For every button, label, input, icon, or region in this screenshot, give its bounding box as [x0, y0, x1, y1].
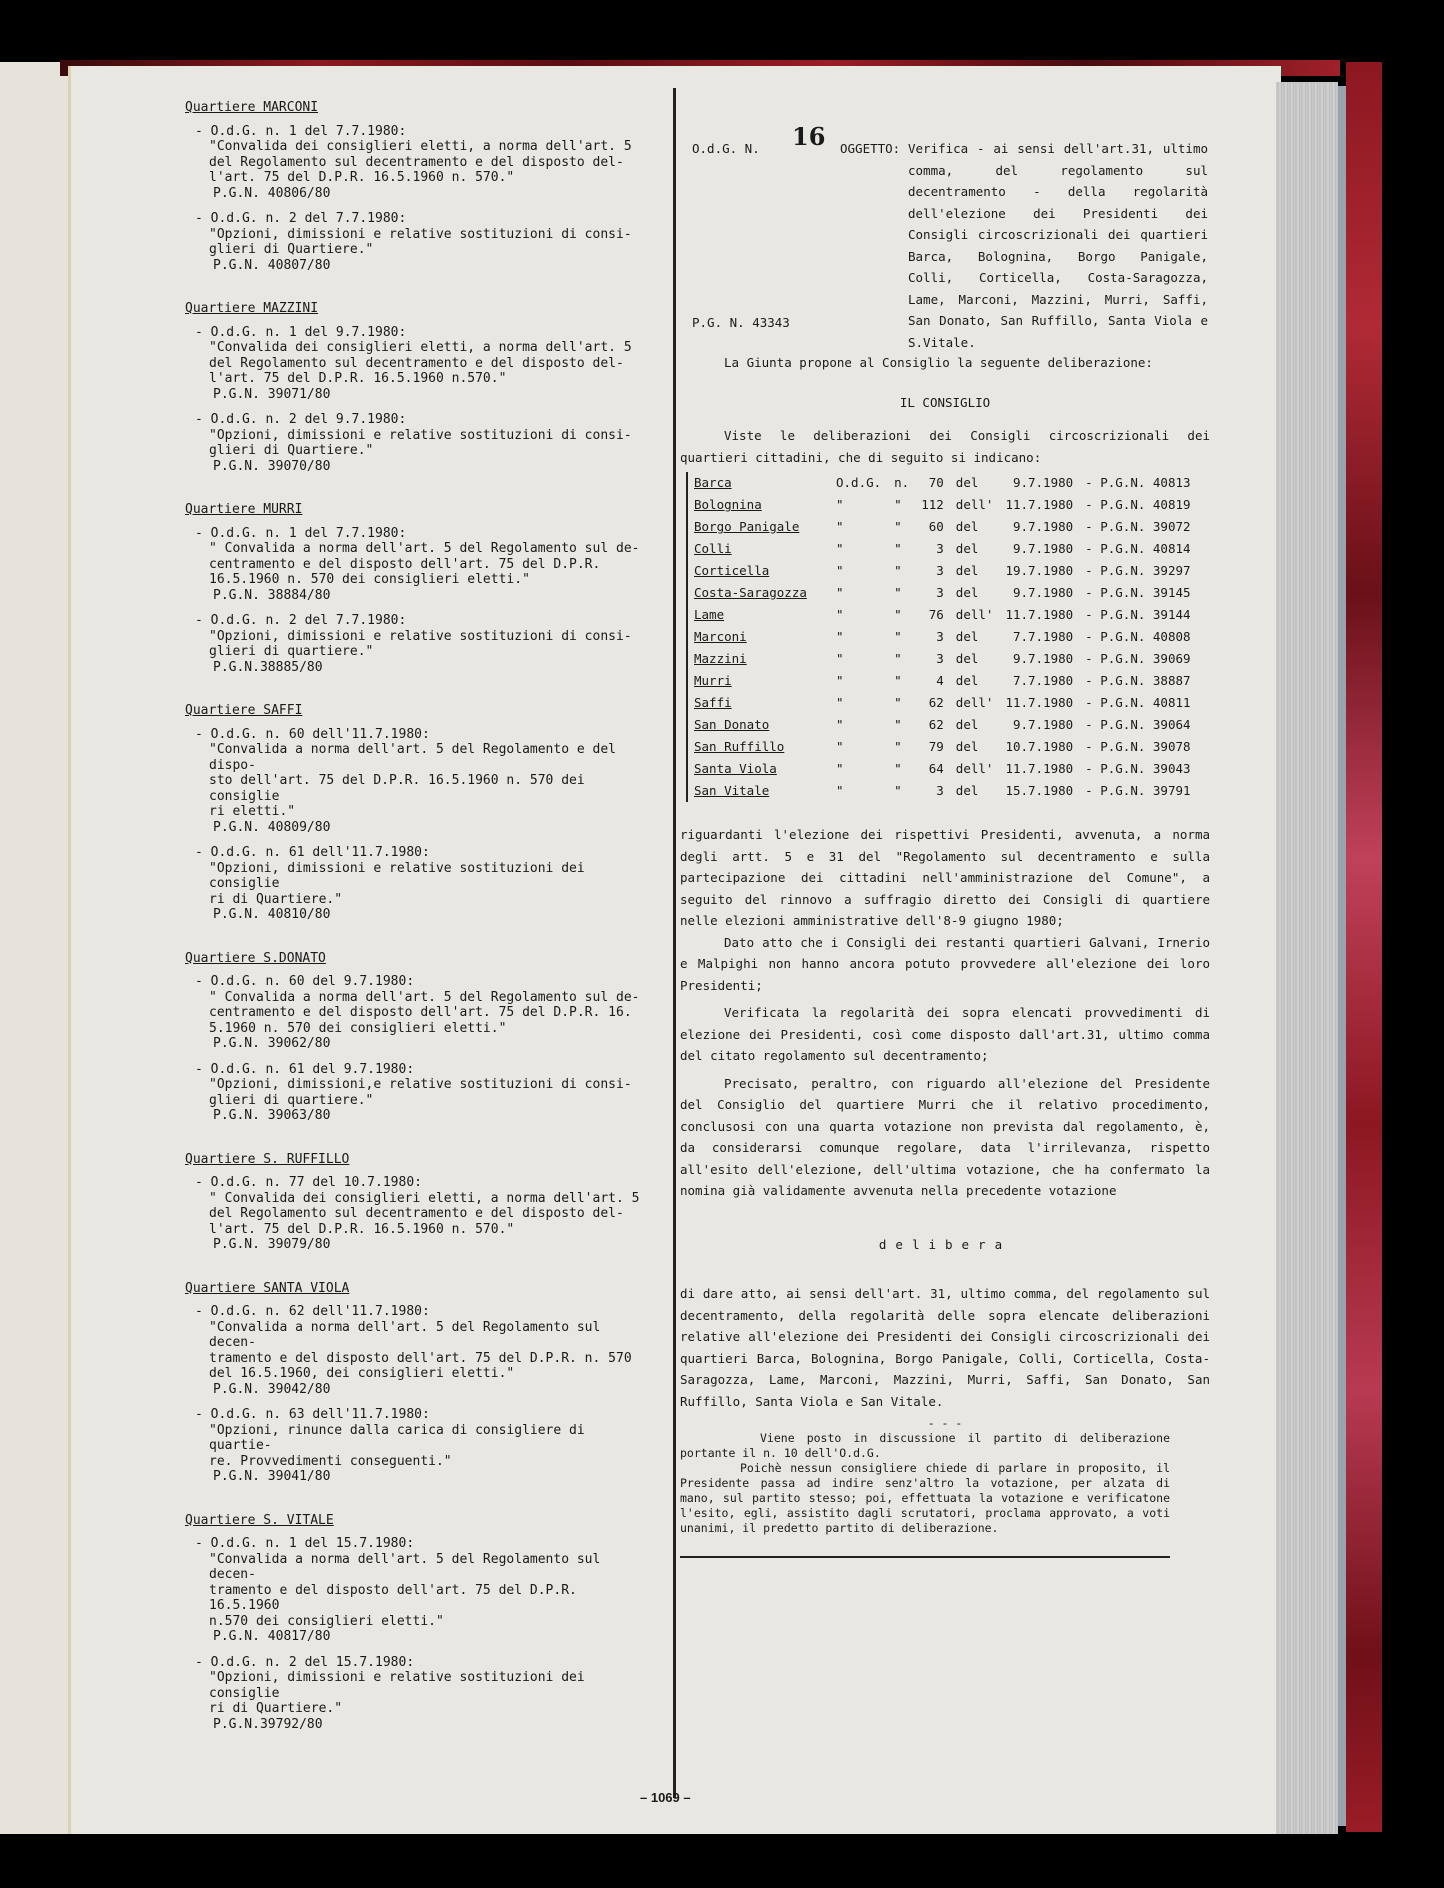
- odg-item: - O.d.G. n. 2 del 7.7.1980:"Opzioni, dim…: [195, 211, 655, 273]
- odg-pgn: P.G.N. 39041/80: [213, 1469, 655, 1485]
- cell-odg: O.d.G.: [830, 472, 888, 494]
- odg-body: "Opzioni, dimissioni e relative sostituz…: [209, 428, 655, 459]
- cell-odg: ": [830, 736, 888, 758]
- cell-n: ": [888, 670, 915, 692]
- separator: - - -: [680, 1416, 1210, 1431]
- cell-name: San Ruffillo: [687, 736, 830, 758]
- cell-n: ": [888, 692, 915, 714]
- cell-del: dell': [950, 758, 1000, 780]
- cell-name: Marconi: [687, 626, 830, 648]
- cell-num: 3: [915, 582, 950, 604]
- cell-date: 11.7.1980: [999, 692, 1079, 714]
- odg-pgn: P.G.N. 38884/80: [213, 588, 655, 604]
- odg-pgn: P.G.N.39792/80: [213, 1717, 655, 1733]
- odg-item: - O.d.G. n. 1 del 9.7.1980:"Convalida de…: [195, 325, 655, 403]
- cell-pgn: - P.G.N. 39145: [1079, 582, 1196, 604]
- odg-item: - O.d.G. n. 2 del 9.7.1980:"Opzioni, dim…: [195, 412, 655, 474]
- quartiere-section: Quartiere MAZZINI- O.d.G. n. 1 del 9.7.1…: [185, 301, 655, 474]
- odg-head: - O.d.G. n. 1 del 7.7.1980:: [195, 124, 655, 140]
- cell-pgn: - P.G.N. 39069: [1079, 648, 1196, 670]
- odg-head: - O.d.G. n. 62 dell'11.7.1980:: [195, 1304, 655, 1320]
- poiche-paragraph: Poichè nessun consigliere chiede di parl…: [680, 1461, 1170, 1536]
- cell-pgn: - P.G.N. 39072: [1079, 516, 1196, 538]
- quartiere-section: Quartiere S.DONATO- O.d.G. n. 60 del 9.7…: [185, 951, 655, 1124]
- odg-pgn: P.G.N. 39079/80: [213, 1237, 655, 1253]
- odg-pgn: P.G.N. 39063/80: [213, 1108, 655, 1124]
- quartiere-section: Quartiere S. VITALE- O.d.G. n. 1 del 15.…: [185, 1513, 655, 1733]
- odg-body: " Convalida a norma dell'art. 5 del Rego…: [209, 541, 655, 588]
- odg-number: 16: [792, 126, 825, 148]
- odg-label: O.d.G. N.: [692, 138, 760, 160]
- riguardanti-paragraph: riguardanti l'elezione dei rispettivi Pr…: [680, 824, 1210, 932]
- odg-item: - O.d.G. n. 1 del 7.7.1980:" Convalida a…: [195, 526, 655, 604]
- odg-head: - O.d.G. n. 1 del 7.7.1980:: [195, 526, 655, 542]
- cell-n: ": [888, 758, 915, 780]
- table-row: Mazzini""3del9.7.1980- P.G.N. 39069: [687, 648, 1197, 670]
- table-row: Bolognina""112dell'11.7.1980- P.G.N. 408…: [687, 494, 1197, 516]
- cell-date: 7.7.1980: [999, 670, 1079, 692]
- odg-head: - O.d.G. n. 60 del 9.7.1980:: [195, 974, 655, 990]
- odg-item: - O.d.G. n. 2 del 7.7.1980:"Opzioni, dim…: [195, 613, 655, 675]
- viene-posto-paragraph: Viene posto in discussione il partito di…: [680, 1431, 1170, 1461]
- cell-name: Colli: [687, 538, 830, 560]
- odg-item: - O.d.G. n. 1 del 7.7.1980:"Convalida de…: [195, 124, 655, 202]
- cell-del: del: [950, 472, 1000, 494]
- cell-date: 11.7.1980: [999, 604, 1079, 626]
- cell-n: ": [888, 714, 915, 736]
- odg-body: "Convalida a norma dell'art. 5 del Regol…: [209, 1552, 655, 1630]
- odg-item: - O.d.G. n. 61 dell'11.7.1980:"Opzioni, …: [195, 845, 655, 923]
- cell-pgn: - P.G.N. 39144: [1079, 604, 1196, 626]
- cell-pgn: - P.G.N. 40808: [1079, 626, 1196, 648]
- closing-rule: [680, 1556, 1170, 1558]
- cell-n: ": [888, 626, 915, 648]
- odg-body: "Convalida dei consiglieri eletti, a nor…: [209, 340, 655, 387]
- cell-date: 9.7.1980: [999, 472, 1079, 494]
- cell-del: del: [950, 714, 1000, 736]
- cell-odg: ": [830, 516, 888, 538]
- consiglio-title: IL CONSIGLIO: [680, 392, 1210, 414]
- cell-pgn: - P.G.N. 39297: [1079, 560, 1196, 582]
- table-row: Lame""76dell'11.7.1980- P.G.N. 39144: [687, 604, 1197, 626]
- section-title: Quartiere MURRI: [185, 502, 302, 518]
- section-title: Quartiere S. VITALE: [185, 1513, 334, 1529]
- odg-head: - O.d.G. n. 2 del 9.7.1980:: [195, 412, 655, 428]
- odg-body: "Opzioni, rinunce dalla carica di consig…: [209, 1423, 655, 1470]
- cell-n: ": [888, 516, 915, 538]
- odg-item: - O.d.G. n. 62 dell'11.7.1980:"Convalida…: [195, 1304, 655, 1397]
- cell-date: 15.7.1980: [999, 780, 1079, 802]
- cell-num: 112: [915, 494, 950, 516]
- quartiere-section: Quartiere MARCONI- O.d.G. n. 1 del 7.7.1…: [185, 100, 655, 273]
- table-row: Borgo Panigale""60del9.7.1980- P.G.N. 39…: [687, 516, 1197, 538]
- odg-pgn: P.G.N.38885/80: [213, 660, 655, 676]
- cell-num: 3: [915, 560, 950, 582]
- table-row: Saffi""62dell'11.7.1980- P.G.N. 40811: [687, 692, 1197, 714]
- cell-n: ": [888, 582, 915, 604]
- cell-pgn: - P.G.N. 39043: [1079, 758, 1196, 780]
- odg-pgn: P.G.N. 40809/80: [213, 820, 655, 836]
- odg-head: - O.d.G. n. 77 del 10.7.1980:: [195, 1175, 655, 1191]
- cell-pgn: - P.G.N. 39791: [1079, 780, 1196, 802]
- cell-date: 19.7.1980: [999, 560, 1079, 582]
- odg-pgn: P.G.N. 39062/80: [213, 1036, 655, 1052]
- cell-odg: ": [830, 626, 888, 648]
- cell-name: Corticella: [687, 560, 830, 582]
- cell-del: del: [950, 736, 1000, 758]
- book-gutter: [68, 66, 71, 1834]
- cell-odg: ": [830, 692, 888, 714]
- right-column: O.d.G. N. 16 OGGETTO: Verifica - ai sens…: [680, 130, 1210, 1558]
- cell-name: Lame: [687, 604, 830, 626]
- odg-head: - O.d.G. n. 60 dell'11.7.1980:: [195, 727, 655, 743]
- page-edge-blue: [1338, 86, 1346, 1826]
- table-row: Colli""3del9.7.1980- P.G.N. 40814: [687, 538, 1197, 560]
- previous-page-edge: [0, 62, 70, 1834]
- dato-atto-paragraph: Dato atto che i Consigli dei restanti qu…: [680, 932, 1210, 997]
- verificata-paragraph: Verificata la regolarità dei sopra elenc…: [680, 1002, 1210, 1067]
- section-title: Quartiere SANTA VIOLA: [185, 1281, 349, 1297]
- odg-pgn: P.G.N. 40817/80: [213, 1629, 655, 1645]
- cell-odg: ": [830, 560, 888, 582]
- odg-item: - O.d.G. n. 77 del 10.7.1980:" Convalida…: [195, 1175, 655, 1253]
- cell-n: ": [888, 538, 915, 560]
- deliberation-header: O.d.G. N. 16 OGGETTO: Verifica - ai sens…: [680, 130, 1210, 330]
- table-row: BarcaO.d.G.n.70del9.7.1980- P.G.N. 40813: [687, 472, 1197, 494]
- section-title: Quartiere SAFFI: [185, 703, 302, 719]
- quartiere-section: Quartiere SAFFI- O.d.G. n. 60 dell'11.7.…: [185, 703, 655, 923]
- quartieri-table: BarcaO.d.G.n.70del9.7.1980- P.G.N. 40813…: [686, 472, 1197, 802]
- odg-body: "Opzioni, dimissioni e relative sostituz…: [209, 1670, 655, 1717]
- cell-num: 64: [915, 758, 950, 780]
- cell-odg: ": [830, 582, 888, 604]
- cell-num: 60: [915, 516, 950, 538]
- cell-odg: ": [830, 758, 888, 780]
- cell-date: 9.7.1980: [999, 582, 1079, 604]
- cell-del: del: [950, 560, 1000, 582]
- book-cover-right: [1346, 62, 1382, 1832]
- cell-pgn: - P.G.N. 39064: [1079, 714, 1196, 736]
- cell-name: Borgo Panigale: [687, 516, 830, 538]
- cell-del: dell': [950, 692, 1000, 714]
- odg-head: - O.d.G. n. 1 del 15.7.1980:: [195, 1536, 655, 1552]
- cell-pgn: - P.G.N. 39078: [1079, 736, 1196, 758]
- odg-head: - O.d.G. n. 61 dell'11.7.1980:: [195, 845, 655, 861]
- odg-item: - O.d.G. n. 63 dell'11.7.1980:"Opzioni, …: [195, 1407, 655, 1485]
- cell-name: Murri: [687, 670, 830, 692]
- section-title: Quartiere S. RUFFILLO: [185, 1152, 349, 1168]
- odg-body: " Convalida dei consiglieri eletti, a no…: [209, 1191, 655, 1238]
- cell-date: 9.7.1980: [999, 516, 1079, 538]
- cell-name: San Donato: [687, 714, 830, 736]
- odg-item: - O.d.G. n. 61 del 9.7.1980:"Opzioni, di…: [195, 1062, 655, 1124]
- cell-num: 3: [915, 648, 950, 670]
- viste-paragraph: Viste le deliberazioni dei Consigli circ…: [680, 425, 1210, 468]
- cell-name: Santa Viola: [687, 758, 830, 780]
- left-column: Quartiere MARCONI- O.d.G. n. 1 del 7.7.1…: [185, 100, 655, 1760]
- cell-del: del: [950, 780, 1000, 802]
- odg-pgn: P.G.N. 39071/80: [213, 387, 655, 403]
- cell-num: 3: [915, 780, 950, 802]
- odg-head: - O.d.G. n. 1 del 9.7.1980:: [195, 325, 655, 341]
- odg-body: "Opzioni, dimissioni e relative sostituz…: [209, 227, 655, 258]
- cell-odg: ": [830, 714, 888, 736]
- cell-odg: ": [830, 780, 888, 802]
- oggetto-label: OGGETTO:: [840, 138, 900, 160]
- cell-name: San Vitale: [687, 780, 830, 802]
- quartiere-section: Quartiere SANTA VIOLA- O.d.G. n. 62 dell…: [185, 1281, 655, 1485]
- cell-date: 9.7.1980: [999, 538, 1079, 560]
- odg-body: "Opzioni, dimissioni e relative sostituz…: [209, 861, 655, 908]
- odg-item: - O.d.G. n. 1 del 15.7.1980:"Convalida a…: [195, 1536, 655, 1645]
- odg-head: - O.d.G. n. 2 del 7.7.1980:: [195, 613, 655, 629]
- cell-name: Barca: [687, 472, 830, 494]
- cell-odg: ": [830, 494, 888, 516]
- cell-date: 10.7.1980: [999, 736, 1079, 758]
- cell-del: del: [950, 670, 1000, 692]
- cell-num: 3: [915, 538, 950, 560]
- odg-body: "Convalida dei consiglieri eletti, a nor…: [209, 139, 655, 186]
- odg-body: "Opzioni, dimissioni,e relative sostituz…: [209, 1077, 655, 1108]
- odg-head: - O.d.G. n. 2 del 15.7.1980:: [195, 1655, 655, 1671]
- cell-name: Mazzini: [687, 648, 830, 670]
- table-row: Santa Viola""64dell'11.7.1980- P.G.N. 39…: [687, 758, 1197, 780]
- cell-date: 9.7.1980: [999, 714, 1079, 736]
- odg-pgn: P.G.N. 40806/80: [213, 186, 655, 202]
- cell-n: ": [888, 494, 915, 516]
- odg-item: - O.d.G. n. 60 del 9.7.1980:" Convalida …: [195, 974, 655, 1052]
- odg-body: "Opzioni, dimissioni e relative sostituz…: [209, 629, 655, 660]
- odg-body: " Convalida a norma dell'art. 5 del Rego…: [209, 990, 655, 1037]
- cell-num: 62: [915, 692, 950, 714]
- cell-n: n.: [888, 472, 915, 494]
- cell-odg: ": [830, 604, 888, 626]
- page-edges: [1276, 82, 1338, 1834]
- page-number: – 1069 –: [640, 1790, 691, 1805]
- cell-date: 7.7.1980: [999, 626, 1079, 648]
- cell-n: ": [888, 736, 915, 758]
- oggetto-text: Verifica - ai sensi dell'art.31, ultimo …: [908, 138, 1208, 353]
- cell-date: 11.7.1980: [999, 494, 1079, 516]
- quartiere-section: Quartiere MURRI- O.d.G. n. 1 del 7.7.198…: [185, 502, 655, 675]
- cell-del: del: [950, 516, 1000, 538]
- cell-n: ": [888, 780, 915, 802]
- odg-item: - O.d.G. n. 60 dell'11.7.1980:"Convalida…: [195, 727, 655, 836]
- section-title: Quartiere MARCONI: [185, 100, 318, 116]
- cell-pgn: - P.G.N. 40814: [1079, 538, 1196, 560]
- cell-odg: ": [830, 648, 888, 670]
- cell-date: 9.7.1980: [999, 648, 1079, 670]
- cell-num: 62: [915, 714, 950, 736]
- odg-head: - O.d.G. n. 61 del 9.7.1980:: [195, 1062, 655, 1078]
- cell-del: del: [950, 648, 1000, 670]
- odg-body: "Convalida a norma dell'art. 5 del Regol…: [209, 742, 655, 820]
- odg-pgn: P.G.N. 40807/80: [213, 258, 655, 274]
- odg-pgn: P.G.N. 40810/80: [213, 907, 655, 923]
- cell-pgn: - P.G.N. 38887: [1079, 670, 1196, 692]
- cell-pgn: - P.G.N. 40811: [1079, 692, 1196, 714]
- delibera-text: di dare atto, ai sensi dell'art. 31, ult…: [680, 1283, 1210, 1412]
- cell-odg: ": [830, 538, 888, 560]
- precisato-paragraph: Precisato, peraltro, con riguardo all'el…: [680, 1073, 1210, 1202]
- cell-name: Costa-Saragozza: [687, 582, 830, 604]
- section-title: Quartiere MAZZINI: [185, 301, 318, 317]
- cell-del: del: [950, 538, 1000, 560]
- table-row: Murri""4del7.7.1980- P.G.N. 38887: [687, 670, 1197, 692]
- odg-pgn: P.G.N. 39042/80: [213, 1382, 655, 1398]
- odg-head: - O.d.G. n. 63 dell'11.7.1980:: [195, 1407, 655, 1423]
- odg-pgn: P.G.N. 39070/80: [213, 459, 655, 475]
- pg-number: P.G. N. 43343: [692, 312, 790, 334]
- cell-num: 70: [915, 472, 950, 494]
- table-row: San Ruffillo""79del10.7.1980- P.G.N. 390…: [687, 736, 1197, 758]
- table-row: Costa-Saragozza""3del9.7.1980- P.G.N. 39…: [687, 582, 1197, 604]
- cell-odg: ": [830, 670, 888, 692]
- odg-body: "Convalida a norma dell'art. 5 del Regol…: [209, 1320, 655, 1382]
- cell-num: 4: [915, 670, 950, 692]
- table-row: San Donato""62del9.7.1980- P.G.N. 39064: [687, 714, 1197, 736]
- cell-pgn: - P.G.N. 40819: [1079, 494, 1196, 516]
- cell-num: 79: [915, 736, 950, 758]
- cell-date: 11.7.1980: [999, 758, 1079, 780]
- table-row: San Vitale""3del15.7.1980- P.G.N. 39791: [687, 780, 1197, 802]
- cell-name: Saffi: [687, 692, 830, 714]
- table-row: Corticella""3del19.7.1980- P.G.N. 39297: [687, 560, 1197, 582]
- cell-pgn: - P.G.N. 40813: [1079, 472, 1196, 494]
- cell-del: del: [950, 582, 1000, 604]
- cell-n: ": [888, 560, 915, 582]
- cell-del: dell': [950, 494, 1000, 516]
- odg-head: - O.d.G. n. 2 del 7.7.1980:: [195, 211, 655, 227]
- table-row: Marconi""3del7.7.1980- P.G.N. 40808: [687, 626, 1197, 648]
- cell-del: dell': [950, 604, 1000, 626]
- intro-text: La Giunta propone al Consiglio la seguen…: [680, 352, 1210, 374]
- delibera-title: delibera: [680, 1234, 1210, 1256]
- cell-n: ": [888, 604, 915, 626]
- quartiere-section: Quartiere S. RUFFILLO- O.d.G. n. 77 del …: [185, 1152, 655, 1253]
- section-title: Quartiere S.DONATO: [185, 951, 326, 967]
- cell-num: 76: [915, 604, 950, 626]
- odg-item: - O.d.G. n. 2 del 15.7.1980:"Opzioni, di…: [195, 1655, 655, 1733]
- column-divider: [673, 88, 676, 1798]
- cell-n: ": [888, 648, 915, 670]
- cell-name: Bolognina: [687, 494, 830, 516]
- cell-del: del: [950, 626, 1000, 648]
- cell-num: 3: [915, 626, 950, 648]
